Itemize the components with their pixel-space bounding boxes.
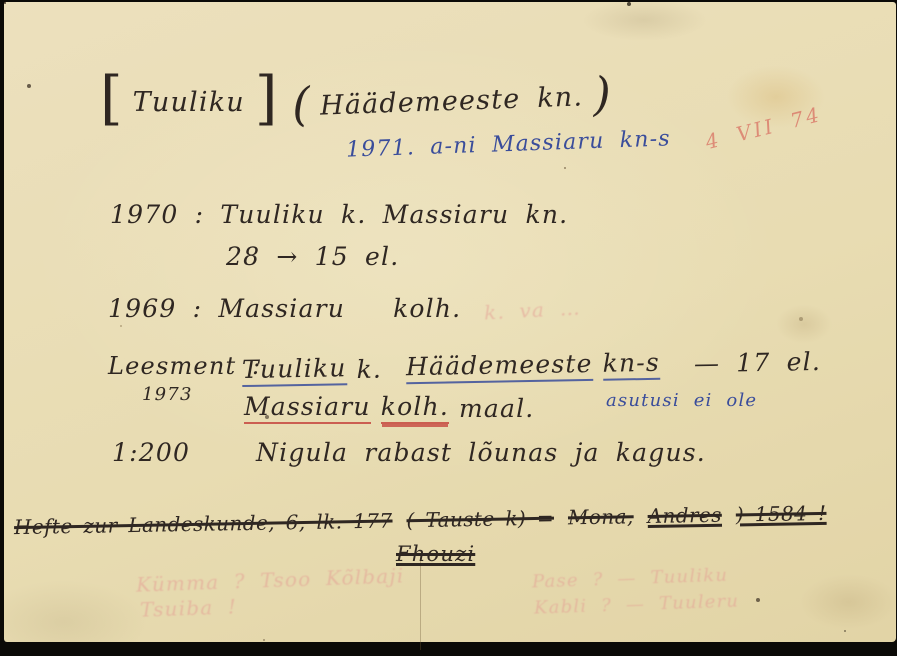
scanned-card: [ Tuuliku ] ( Häädemeeste kn. ) 1971. a-… bbox=[0, 0, 897, 656]
bracket-open: [ bbox=[100, 64, 123, 132]
parish-note-text: Häädemeeste kn. bbox=[319, 81, 583, 121]
place-name: Tuuliku bbox=[133, 87, 245, 118]
struck-andres: Andres bbox=[647, 503, 722, 528]
faint-ink-offset-left-2: Tsuiba ! bbox=[140, 594, 238, 621]
leesment-year: 1973 bbox=[142, 384, 193, 405]
faint-ink-offset-right-1: Pase ? — Tuuliku bbox=[532, 565, 729, 593]
struck-mona: Mona, bbox=[568, 504, 634, 529]
entry-1969-kolh: kolh. bbox=[393, 294, 461, 323]
paren-close: ) bbox=[592, 66, 612, 121]
entry-1969-text: 1969 : Massiaru bbox=[108, 294, 345, 323]
leesment-maal: maal. bbox=[459, 394, 534, 423]
parish-note: ( Häädemeeste kn. ) bbox=[291, 68, 612, 133]
paper-crease bbox=[420, 554, 421, 650]
struck-year: ) 1584 ! bbox=[736, 501, 827, 527]
place-name-bracketed: [ Tuuliku ] bbox=[100, 68, 278, 136]
faint-ink-offset-right-2: Kabli ? — Tuuleru bbox=[534, 590, 740, 618]
struck-tauste: ( Tauste k) = bbox=[406, 506, 554, 533]
faint-ink-offset-left-1: Kümma ? Tsoo Kõlbaji bbox=[136, 563, 405, 596]
date-stamp: 4 VII 74 bbox=[703, 102, 824, 154]
leesment-line-1: Tuuliku k. Häädemeeste kn-s — 17 el. bbox=[242, 345, 821, 387]
leesment-massiaru: Massiaru bbox=[244, 392, 371, 424]
leesment-tuuliku: Tuuliku bbox=[242, 353, 347, 387]
struck-ref-text: Hefte zur Landeskunde, 6, lk. 177 bbox=[14, 508, 393, 539]
entry-1970: 1970 : Tuuliku k. Massiaru kn. bbox=[110, 200, 568, 229]
leesment-kns: kn-s bbox=[602, 348, 660, 381]
paper-specks bbox=[4, 2, 6, 4]
map-location: Nigula rabast lõunas ja kagus. bbox=[256, 438, 706, 467]
entry-1970-population: 28 → 15 el. bbox=[226, 242, 399, 271]
faint-ink-offset-mid: k. va … bbox=[483, 295, 581, 324]
struck-fhouzi: Fhouzi bbox=[396, 542, 475, 566]
bracket-close: ] bbox=[255, 64, 278, 132]
struck-reference-line: Hefte zur Landeskunde, 6, lk. 177 ( Taus… bbox=[14, 501, 827, 539]
validity-note: 1971. a-ni Massiaru kn-s bbox=[346, 126, 671, 162]
leesment-count: — 17 el. bbox=[694, 346, 822, 377]
index-card-paper: [ Tuuliku ] ( Häädemeeste kn. ) 1971. a-… bbox=[4, 2, 896, 642]
leesment-kolh: kolh. bbox=[381, 392, 449, 424]
entry-1969: 1969 : Massiaru kolh. bbox=[108, 294, 461, 323]
map-scale: 1:200 bbox=[112, 438, 190, 467]
leesment-line-2: Massiaru kolh. maal. bbox=[244, 392, 534, 424]
leesment-k: k. bbox=[356, 354, 382, 383]
leesment-note-blue: asutusi ei ole bbox=[606, 390, 757, 411]
leesment-label: Leesment : bbox=[108, 352, 261, 380]
leesment-parish: Häädemeeste bbox=[406, 349, 593, 384]
paren-open: ( bbox=[291, 77, 311, 132]
map-line: 1:200 Nigula rabast lõunas ja kagus. bbox=[112, 438, 706, 467]
